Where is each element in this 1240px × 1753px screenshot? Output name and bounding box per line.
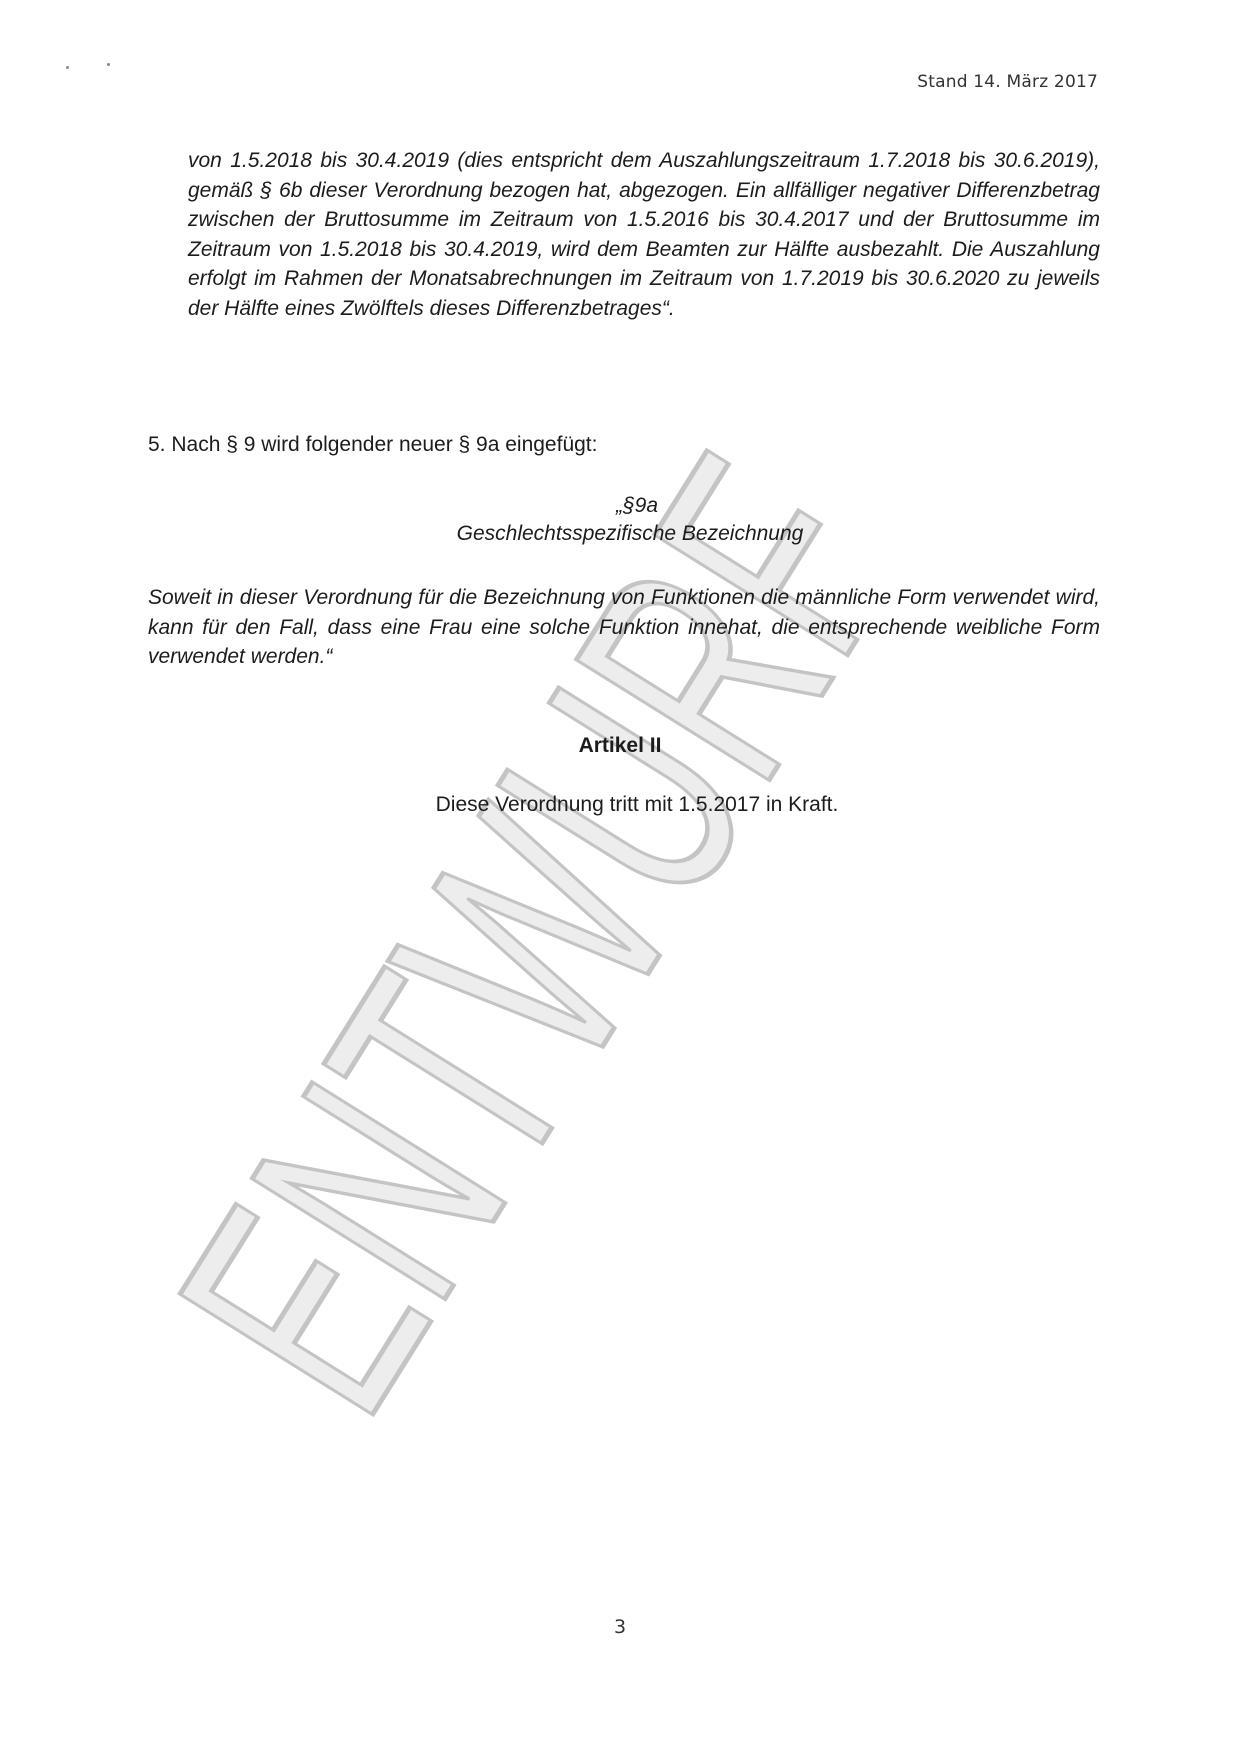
amendment-item-5: 5. Nach § 9 wird folgender neuer § 9a ei… [148,433,597,457]
continued-paragraph: von 1.5.2018 bis 30.4.2019 (dies entspri… [188,146,1100,323]
continued-paragraph-text: von 1.5.2018 bis 30.4.2019 (dies entspri… [188,146,1100,323]
section-number: „§9a [17,494,1240,518]
watermark-text: ENTWURF [110,405,963,1466]
article-body: Diese Verordnung tritt mit 1.5.2017 in K… [0,793,1240,817]
section-title: Geschlechtsspezifische Bezeichnung [10,522,1240,546]
page-number: 3 [0,1616,1240,1638]
article-heading-text: Artikel II [579,734,662,757]
scan-speck [107,63,110,66]
section-9a-body: Soweit in dieser Verordnung für die Beze… [148,583,1100,672]
scan-speck [66,66,69,69]
article-heading: Artikel II [0,734,1240,758]
document-date: Stand 14. März 2017 [917,72,1098,92]
article-body-text: Diese Verordnung tritt mit 1.5.2017 in K… [436,793,839,816]
